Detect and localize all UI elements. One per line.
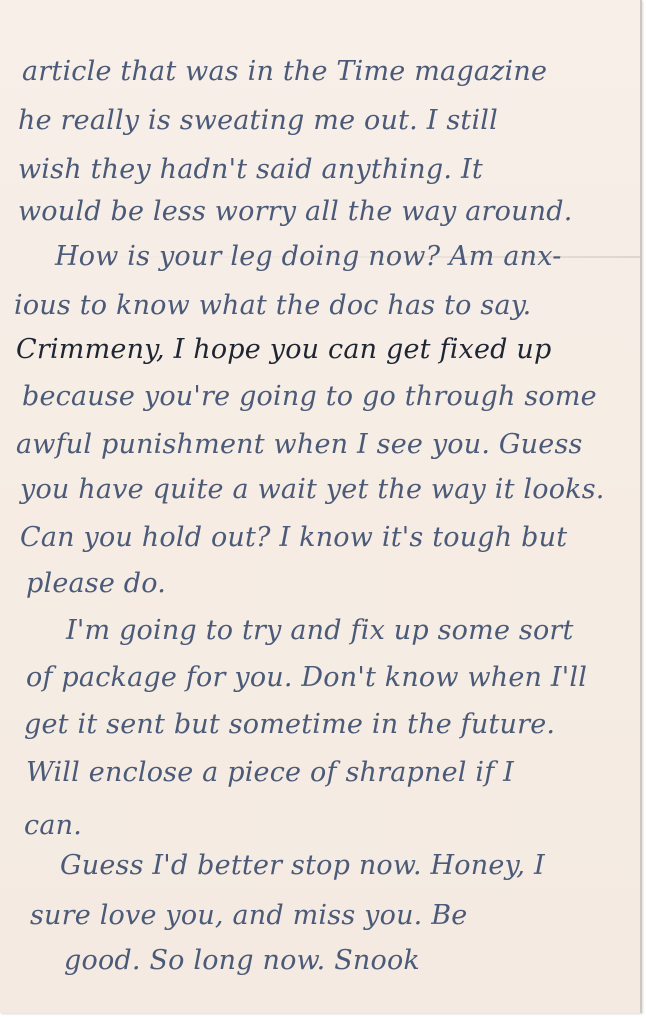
- letter-line: would be less worry all the way around.: [18, 198, 573, 225]
- letter-line: sure love you, and miss you. Be: [30, 902, 467, 929]
- letter-line: article that was in the Time magazine: [22, 58, 547, 85]
- letter-page: article that was in the Time magazine he…: [0, 0, 642, 1013]
- letter-line: Can you hold out? I know it's tough but: [20, 524, 567, 551]
- letter-line: get it sent but sometime in the future.: [24, 711, 555, 738]
- letter-line: awful punishment when I see you. Guess: [16, 431, 583, 458]
- letter-line: can.: [24, 812, 82, 839]
- letter-line: of package for you. Don't know when I'll: [26, 664, 587, 691]
- letter-line: I'm going to try and fix up some sort: [66, 617, 574, 644]
- letter-line: you have quite a wait yet the way it loo…: [20, 476, 605, 503]
- letter-line: because you're going to go through some: [22, 383, 597, 410]
- letter-line: How is your leg doing now? Am anx-: [55, 243, 562, 270]
- letter-line: Guess I'd better stop now. Honey, I: [60, 852, 545, 879]
- letter-line: Will enclose a piece of shrapnel if I: [26, 759, 514, 786]
- letter-line: ious to know what the doc has to say.: [14, 292, 531, 319]
- letter-signoff: good. So long now. Snook: [64, 947, 420, 974]
- letter-line: he really is sweating me out. I still: [18, 107, 498, 134]
- letter-line: wish they hadn't said anything. It: [18, 156, 483, 183]
- letter-line: please do.: [26, 570, 166, 597]
- letter-line: Crimmeny, I hope you can get fixed up: [16, 336, 551, 363]
